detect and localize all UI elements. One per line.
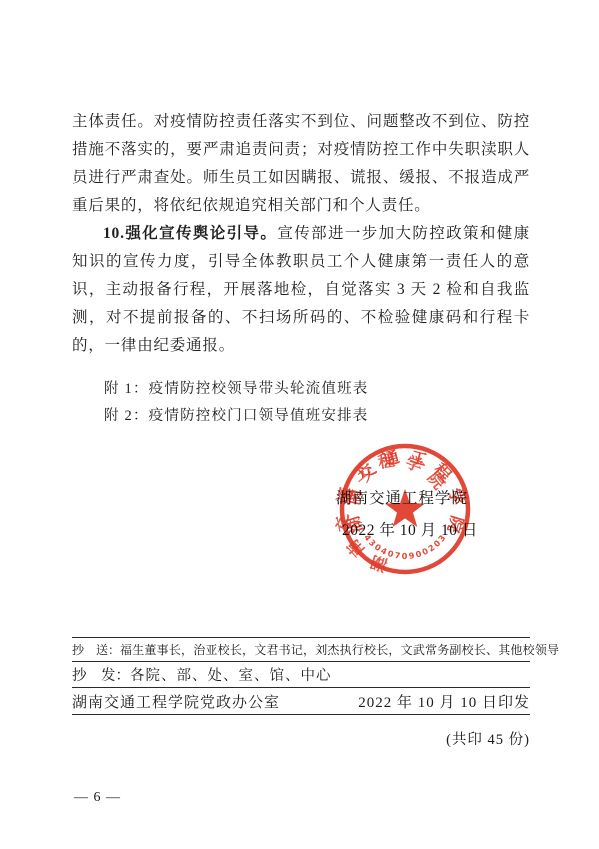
footer-office-row: 湖南交通工程学院党政办公室 2022 年 10 月 10 日印发 [72,688,530,715]
paragraph-responsibility: 主体责任。对疫情防控责任落实不到位、问题整改不到位、防控措施不落实的，要严肃追责… [72,108,530,220]
footer-distribution-table: 抄 送： 福生董事长，治亚校长，文君书记，刘杰执行校长，文武常务副校长、其他校领… [72,637,530,749]
signature-date: 2022 年 10 月 10 日 [342,518,478,540]
footer-issue-label: 抄 发： [72,664,130,685]
page-number: — 6 — [74,790,121,806]
signature-org: 湖南交通工程学院 [336,486,478,508]
attachment-item-1: 附 1：疫情防控校领导带头轮流值班表 [104,376,368,403]
footer-cc-row: 抄 送： 福生董事长，治亚校长，文君书记，刘杰执行校长，文武常务副校长、其他校领… [72,637,530,662]
paragraph-publicity-text: 宣传部进一步加大防控政策和健康知识的宣传力度，引导全体教职员工个人健康第一责任人… [72,225,530,354]
footer-cc-label: 抄 送： [72,641,120,658]
footer-issue-value: 各院、部、处、室、馆、中心 [130,664,332,685]
paragraph-publicity-lead: 10.强化宣传舆论引导。 [103,225,277,242]
footer-copies-row: (共印 45 份) [72,715,530,749]
signature-block: 湖南交通工程学院 2022 年 10 月 10 日 [336,486,478,540]
attachment-item-2: 附 2：疫情防控校门口领导值班安排表 [104,403,368,430]
document-body: 主体责任。对疫情防控责任落实不到位、问题整改不到位、防控措施不落实的，要严肃追责… [72,108,530,360]
footer-copies-count: (共印 45 份) [446,728,530,749]
paragraph-publicity: 10.强化宣传舆论引导。宣传部进一步加大防控政策和健康知识的宣传力度，引导全体教… [72,220,530,360]
document-page: 主体责任。对疫情防控责任落实不到位、问题整改不到位、防控措施不落实的，要严肃追责… [0,0,599,849]
attachment-list: 附 1：疫情防控校领导带头轮流值班表 附 2：疫情防控校门口领导值班安排表 [104,376,368,430]
footer-cc-value: 福生董事长，治亚校长，文君书记，刘杰执行校长，文武常务副校长、其他校领导 [120,641,559,658]
footer-office-name: 湖南交通工程学院党政办公室 [72,691,280,712]
footer-print-date: 2022 年 10 月 10 日印发 [358,691,530,712]
footer-issue-row: 抄 发： 各院、部、处、室、馆、中心 [72,662,530,688]
